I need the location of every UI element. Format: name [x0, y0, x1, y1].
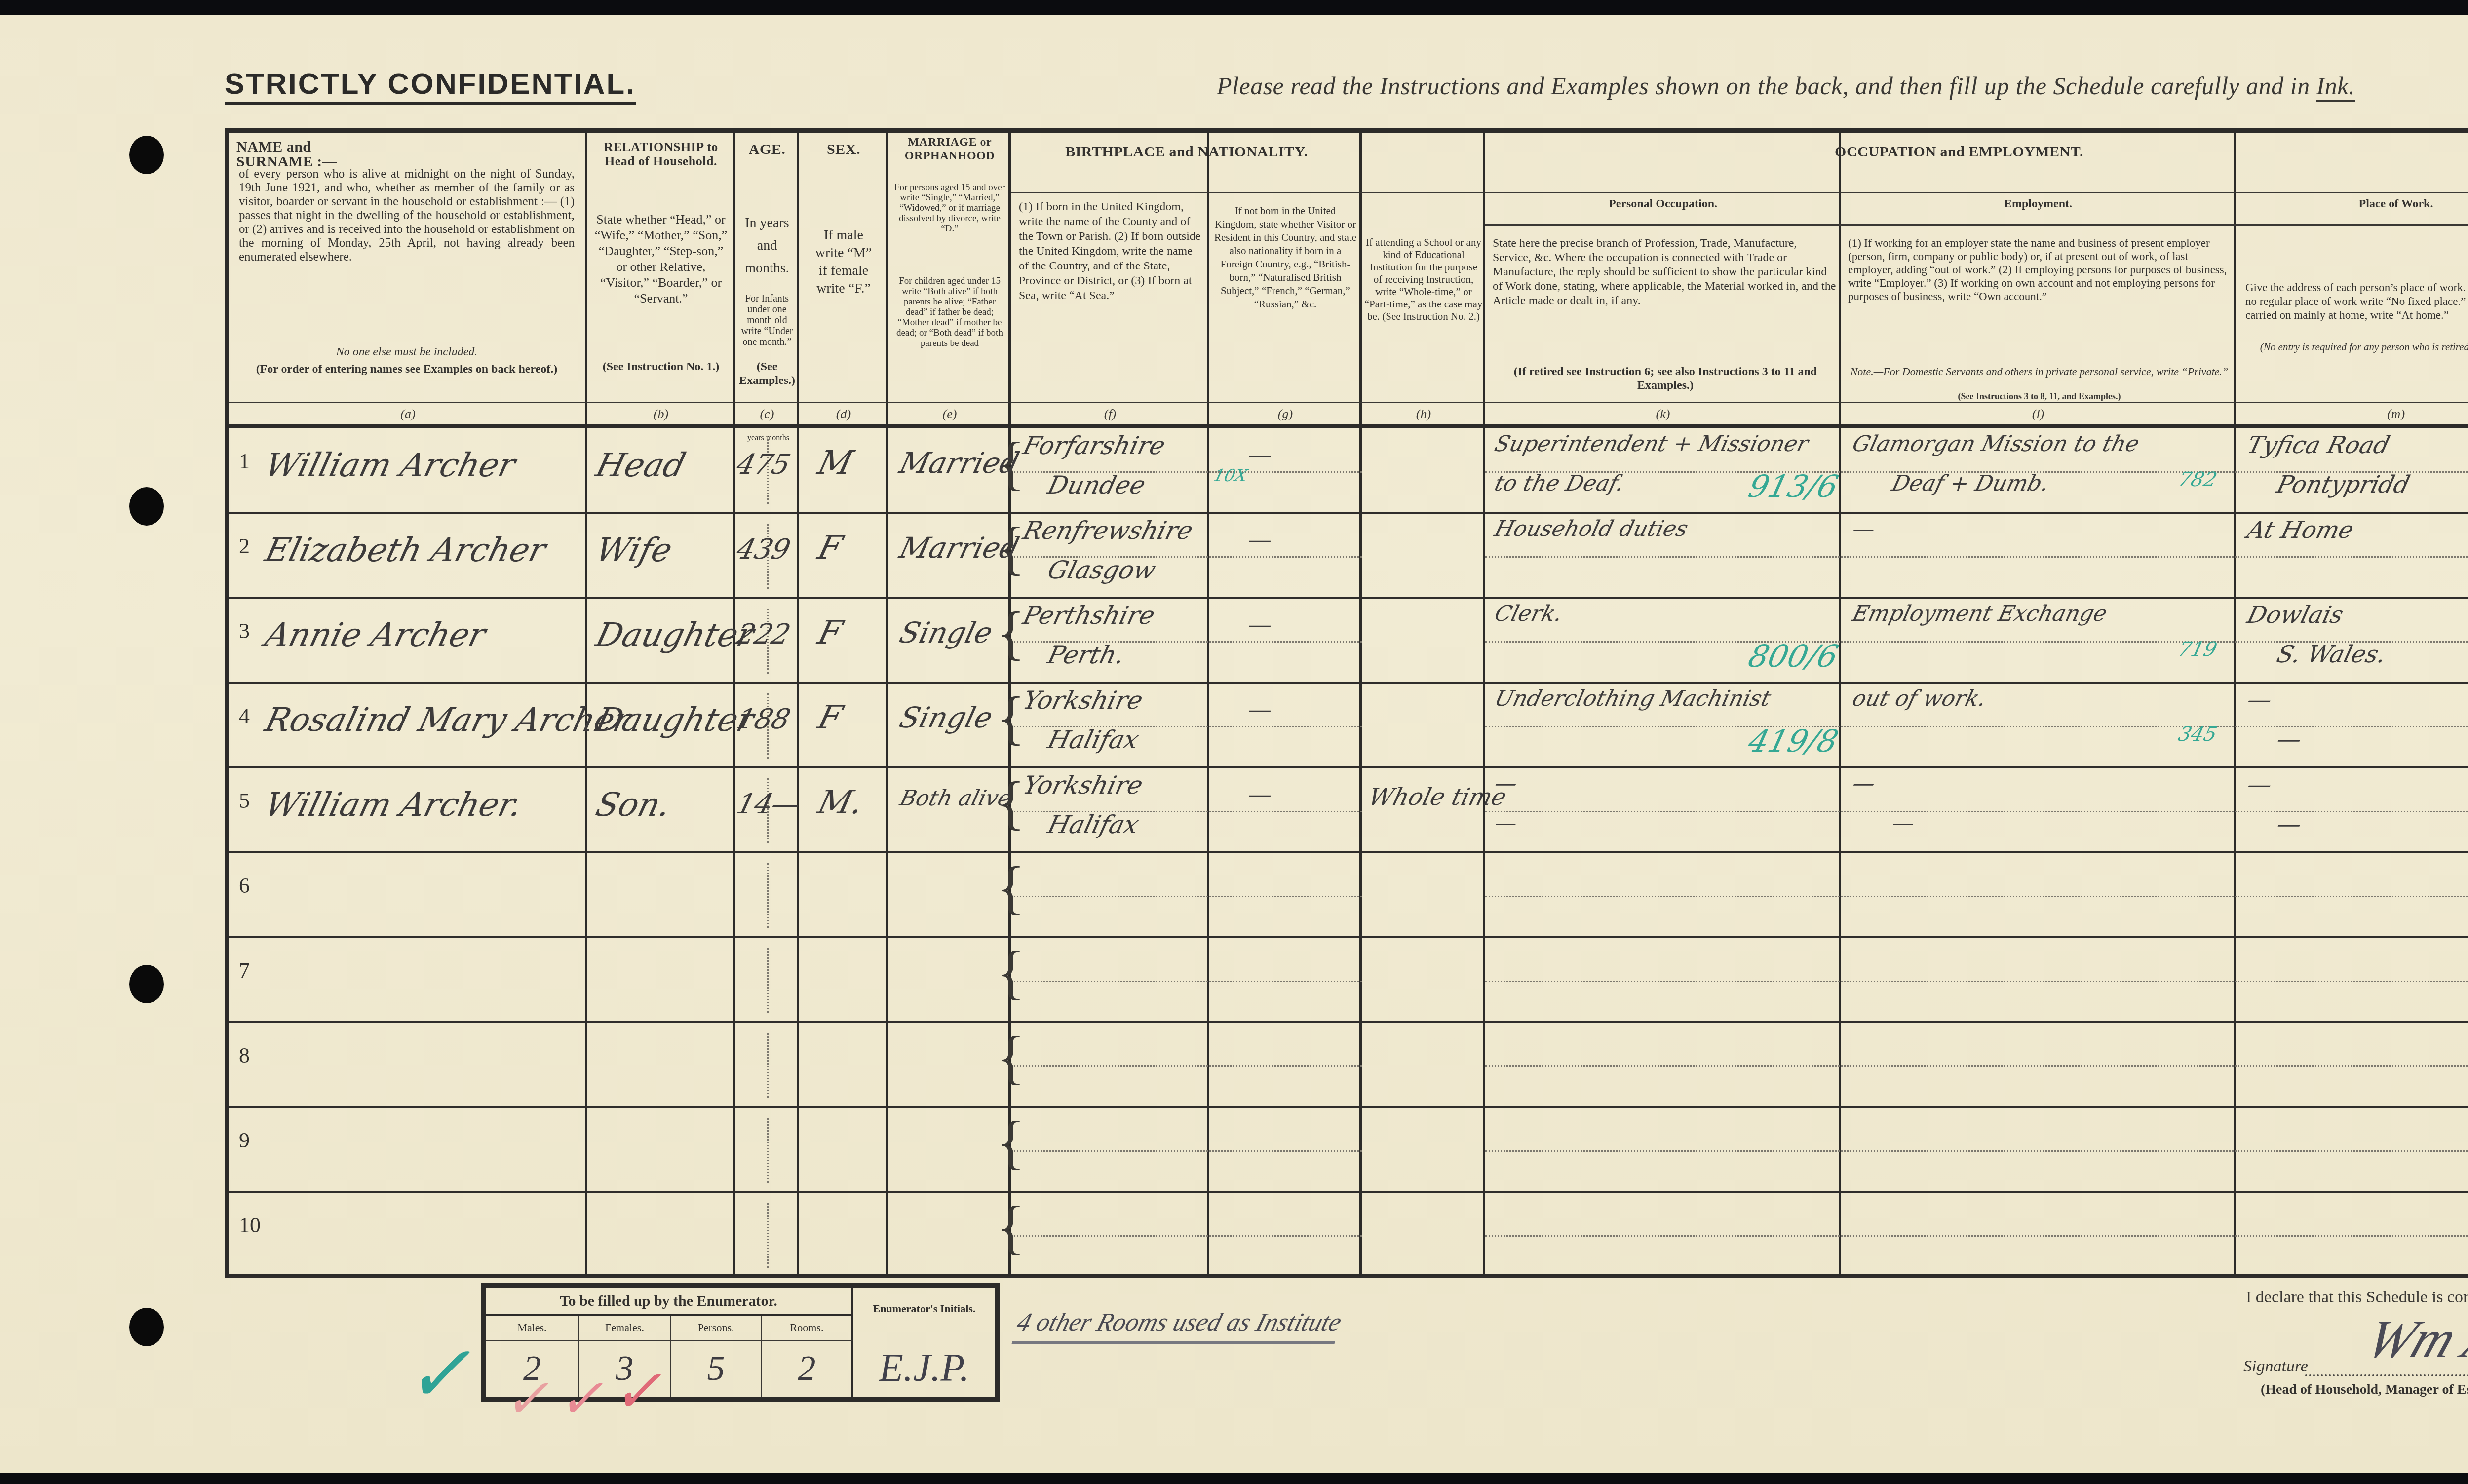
occupation-title: OCCUPATION and EMPLOYMENT.	[1835, 144, 2083, 160]
cell-marriage[interactable]: Single	[896, 701, 997, 734]
enumerator-initials[interactable]: E.J.P.	[853, 1341, 995, 1397]
col-m-title: Place of Work.	[2359, 197, 2433, 210]
signature[interactable]: Wm Archer	[2358, 1308, 2468, 1370]
cell-marriage[interactable]: Married	[896, 446, 1023, 480]
row-divider	[229, 1276, 2468, 1278]
col-a-body: of every person who is alive at midnight…	[239, 167, 575, 264]
cell-employer-1[interactable]: Employment Exchange	[1850, 601, 2110, 626]
age-dotted-divider	[767, 1033, 769, 1098]
brace-icon: {	[997, 1198, 1025, 1257]
col-k-letter: (k)	[1485, 407, 1841, 421]
col-g-body: If not born in the United Kingdom, state…	[1214, 204, 1357, 311]
cell-relationship[interactable]: Head	[592, 446, 689, 484]
row-number: 1	[239, 449, 250, 474]
cell-workplace-1[interactable]: Tyfica Road	[2244, 431, 2392, 459]
cell-name[interactable]: Rosalind Mary Archer	[261, 701, 634, 739]
row-number: 5	[239, 788, 250, 813]
row-dotted-guide	[1011, 1235, 1362, 1237]
col-e-body2: For children aged under 15 write “Both a…	[893, 276, 1006, 348]
col-m-note: (No entry is required for any person who…	[2245, 340, 2468, 354]
brace-icon: {	[997, 858, 1025, 917]
cell-birth-county[interactable]: Perthshire	[1020, 601, 1158, 630]
col-g-letter: (g)	[1209, 407, 1362, 421]
cell-birth-town[interactable]: Dundee	[1045, 471, 1149, 499]
col-h-body: If attending a School or any kind of Edu…	[1364, 236, 1483, 323]
row-divider	[229, 1191, 2468, 1193]
rooms-label: Rooms.	[762, 1316, 853, 1341]
cell-birth-town[interactable]: Halifax	[1045, 810, 1142, 839]
instructions-ink: Ink.	[2316, 72, 2355, 102]
row-dotted-guide	[1485, 1150, 2468, 1152]
cell-occ-code[interactable]: 913/6	[1745, 468, 1842, 504]
col-a-note: No one else must be included.	[239, 345, 575, 359]
row-dotted-guide	[1485, 726, 2468, 727]
col-f-body: (1) If born in the United Kingdom, write…	[1019, 199, 1201, 303]
cell-nat-code[interactable]: 10X	[1211, 466, 1249, 486]
cell-name[interactable]: Elizabeth Archer	[261, 531, 549, 569]
col-l-body: (1) If working for an employer state the…	[1848, 236, 2231, 303]
row-dotted-guide	[1011, 981, 1362, 982]
cell-emp-code[interactable]: 782	[2176, 468, 2219, 491]
row-number: 2	[239, 533, 250, 559]
cell-name[interactable]: William Archer.	[261, 786, 526, 824]
col-k-title: Personal Occupation.	[1609, 197, 1717, 210]
divider	[1011, 192, 1362, 193]
enumerator-title: To be filled up by the Enumerator.	[486, 1288, 853, 1316]
col-c-body: In years and months.	[737, 212, 797, 280]
col-d-letter: (d)	[799, 407, 888, 421]
cell-occupation-1[interactable]: Household duties	[1492, 516, 1691, 541]
row-divider	[229, 597, 2468, 599]
cell-birth-town[interactable]: Halifax	[1045, 725, 1142, 754]
cell-relationship[interactable]: Wife	[592, 531, 676, 569]
brace-icon: {	[997, 688, 1025, 748]
col-c-infants: For Infants under one month old write “U…	[737, 293, 797, 347]
row-dotted-guide	[1485, 811, 2468, 812]
cell-birth-town[interactable]: Perth.	[1045, 641, 1128, 669]
col-b-letter: (b)	[587, 407, 735, 421]
col-e-body: For persons aged 15 and over write “Sing…	[893, 182, 1006, 234]
row-dotted-guide	[1485, 1065, 2468, 1067]
row-number: 10	[239, 1213, 261, 1238]
row-dotted-guide	[1485, 1235, 2468, 1237]
col-b-footer: (See Instruction No. 1.)	[594, 360, 728, 374]
brace-icon: {	[997, 1028, 1025, 1087]
punch-hole	[129, 965, 164, 1003]
brace-icon: {	[997, 943, 1025, 1002]
cell-birth-county[interactable]: Yorkshire	[1020, 686, 1146, 715]
col-b-title: RELATIONSHIP to Head of Household.	[604, 140, 718, 168]
birthplace-title: BIRTHPLACE and NATIONALITY.	[1065, 144, 1308, 160]
persons-count[interactable]: 5	[671, 1341, 762, 1397]
age-dotted-divider	[767, 1203, 769, 1268]
col-c-title: AGE.	[749, 141, 786, 157]
instructions-line: Please read the Instructions and Example…	[1217, 72, 2355, 100]
signature-subtext: (Head of Household, Manager of Establish…	[2261, 1382, 2468, 1398]
rooms-count[interactable]: 2	[762, 1341, 853, 1397]
rooms-note: 4 other Rooms used as Institute	[1012, 1308, 1345, 1344]
cell-marriage[interactable]: Married	[896, 531, 1023, 565]
col-d-body: If male write “M” if female write “F.”	[814, 227, 873, 298]
row-divider	[229, 766, 2468, 768]
cell-sex[interactable]: M.	[814, 783, 867, 821]
col-k-footer: (If retired see Instruction 6; see also …	[1493, 365, 1838, 392]
confidential-heading: STRICTLY CONFIDENTIAL.	[225, 67, 636, 105]
header-bottom-rule	[229, 424, 2468, 428]
row-number: 7	[239, 958, 250, 983]
cell-relationship[interactable]: Son.	[592, 786, 675, 824]
row-divider	[229, 936, 2468, 938]
col-l-note: Note.—For Domestic Servants and others i…	[1848, 365, 2231, 379]
row-number: 4	[239, 703, 250, 728]
col-c-footer: (See Examples.)	[737, 360, 797, 387]
cell-birth-county[interactable]: Renfrewshire	[1020, 516, 1196, 545]
cell-education[interactable]: Whole time	[1366, 783, 1509, 811]
col-e-letter: (e)	[888, 407, 1011, 421]
col-k-body: State here the precise branch of Profess…	[1493, 236, 1838, 308]
signature-label: Signature	[2243, 1357, 2308, 1376]
punch-hole	[129, 136, 164, 174]
instructions-text: Please read the Instructions and Example…	[1217, 72, 2310, 100]
cell-employer-2[interactable]: Deaf + Dumb.	[1890, 471, 2052, 496]
row-dotted-guide	[1485, 981, 2468, 982]
census-schedule-sheet: STRICTLY CONFIDENTIAL. Please read the I…	[0, 15, 2468, 1473]
cell-employer-1[interactable]: out of work.	[1850, 686, 1989, 711]
cell-occupation-1[interactable]: Superintendent + Missioner	[1492, 431, 1811, 457]
row-dotted-guide	[1011, 1065, 1362, 1067]
cell-name[interactable]: Annie Archer	[261, 616, 489, 654]
col-a-title: NAME and SURNAME :—	[236, 139, 337, 170]
cell-occupation-1[interactable]: Underclothing Machinist	[1492, 686, 1774, 711]
row-dotted-guide	[1485, 556, 2468, 558]
col-e-title: MARRIAGE or ORPHANHOOD	[905, 136, 995, 162]
col-a-letter: (a)	[229, 407, 587, 421]
age-dotted-divider	[767, 1118, 769, 1183]
col-d-title: SEX.	[827, 141, 860, 157]
males-label: Males.	[486, 1316, 579, 1341]
row-number: 8	[239, 1043, 250, 1068]
females-label: Females.	[579, 1316, 671, 1341]
red-check-mark: ✓	[558, 1367, 603, 1431]
col-l-letter: (l)	[1841, 407, 2236, 421]
divider	[1362, 192, 2468, 193]
row-divider	[229, 1106, 2468, 1108]
col-b-body: State whether “Head,” or “Wife,” “Mother…	[594, 212, 728, 306]
signature-line	[2305, 1374, 2468, 1376]
household-table: NAME and SURNAME :— of every person who …	[225, 128, 2468, 1278]
cell-employer-1[interactable]: Glamorgan Mission to the	[1850, 431, 2142, 457]
cell-occ-code[interactable]: 419/8	[1745, 723, 1842, 759]
col-h-letter: (h)	[1362, 407, 1485, 421]
cell-occupation-1[interactable]: Clerk.	[1492, 601, 1565, 626]
row-number: 6	[239, 873, 250, 898]
row-divider	[229, 512, 2468, 514]
col-a-footer: (For order of entering names see Example…	[239, 362, 575, 376]
persons-label: Persons.	[671, 1316, 762, 1341]
cell-occ-code[interactable]: 800/6	[1745, 638, 1842, 674]
cell-birth-town[interactable]: Glasgow	[1045, 556, 1159, 584]
row-number: 9	[239, 1128, 250, 1153]
red-check-mark: ✓	[612, 1357, 662, 1426]
row-number: 3	[239, 618, 250, 644]
cell-emp-code[interactable]: 719	[2176, 638, 2219, 661]
cell-workplace-2[interactable]: Pontypridd	[2274, 471, 2413, 498]
cell-birth-county[interactable]: Forfarshire	[1020, 431, 1168, 460]
row-divider	[229, 1021, 2468, 1023]
divider	[1485, 224, 2468, 226]
row-divider	[229, 682, 2468, 684]
col-l-footer: (See Instructions 3 to 8, 11, and Exampl…	[1848, 389, 2231, 403]
col-l-title: Employment.	[2004, 197, 2072, 210]
green-check-mark: ✓	[405, 1328, 471, 1420]
punch-hole	[129, 1308, 164, 1346]
cell-marriage[interactable]: Both alive	[897, 786, 1014, 811]
cell-marriage[interactable]: Single	[896, 616, 997, 649]
enumerator-initials-label: Enumerator's Initials.	[853, 1288, 995, 1341]
cell-workplace-2[interactable]: S. Wales.	[2274, 641, 2389, 668]
declaration-text: I declare that this Schedule is correctl…	[2246, 1288, 2468, 1307]
col-m-body: Give the address of each person’s place …	[2245, 281, 2468, 322]
age-dotted-divider	[767, 863, 769, 928]
row-divider	[229, 851, 2468, 853]
red-check-mark: ✓	[503, 1367, 549, 1431]
age-dotted-divider	[767, 948, 769, 1013]
cell-workplace-1[interactable]: Dowlais	[2244, 601, 2346, 629]
cell-birth-county[interactable]: Yorkshire	[1020, 771, 1146, 799]
brace-icon: {	[997, 1113, 1025, 1172]
row-dotted-guide	[1485, 896, 2468, 897]
cell-workplace-1[interactable]: At Home	[2244, 516, 2356, 544]
col-m-letter: (m)	[2236, 407, 2468, 421]
row-dotted-guide	[1011, 896, 1362, 897]
col-f-letter: (f)	[1011, 407, 1209, 421]
cell-occupation-2[interactable]: to the Deaf.	[1492, 471, 1627, 496]
col-c-letter: (c)	[735, 407, 799, 421]
cell-relationship[interactable]: Daughter	[592, 616, 758, 654]
cell-relationship[interactable]: Daughter	[592, 701, 758, 739]
cell-emp-code[interactable]: 345	[2176, 723, 2219, 746]
row-dotted-guide	[1011, 1150, 1362, 1152]
brace-icon: {	[997, 604, 1025, 663]
punch-hole	[129, 487, 164, 526]
cell-name[interactable]: William Archer	[261, 446, 519, 484]
